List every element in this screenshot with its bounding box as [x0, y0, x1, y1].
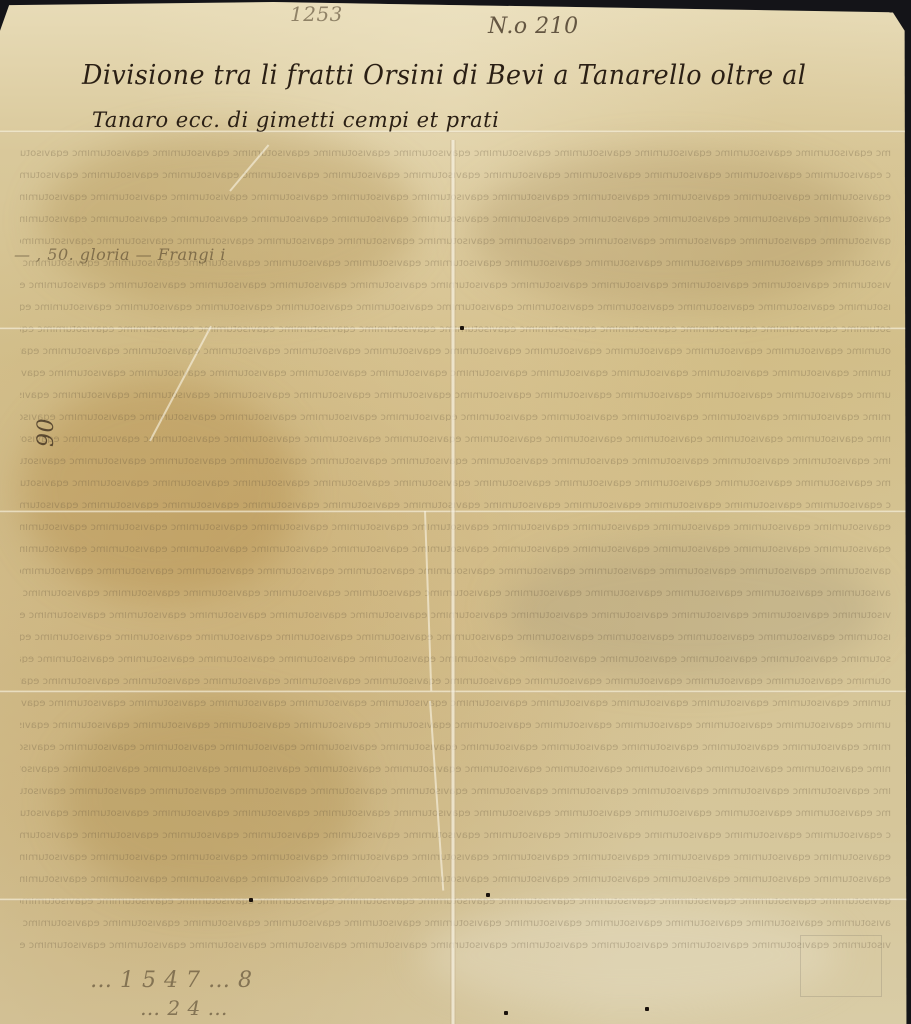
bottom-annotation-1: … 1 5 4 7 … 8 [90, 968, 252, 993]
marginal-note: — , 50. gloria — Frangi i [14, 245, 226, 264]
faint-stamp [800, 935, 882, 997]
heading-line-1: Divisione tra li fratti Orsini di Bevi a… [82, 60, 806, 91]
fold-line-vertical [450, 140, 456, 1024]
crease [424, 511, 432, 691]
item-number: N.o 210 [488, 14, 579, 39]
stain [20, 380, 300, 600]
heading-line-2: Tanaro ecc. di gimetti cempi et prati [92, 108, 499, 132]
crease [429, 701, 444, 891]
stain [420, 900, 840, 1010]
pin-hole [249, 898, 253, 902]
pin-hole [486, 893, 490, 897]
margin-number: 90 [34, 418, 59, 447]
pin-hole [460, 326, 464, 330]
stain [60, 700, 360, 900]
parchment-document: mc eqavisoturnlmc eqavisoturnlmc eqaviso… [0, 0, 911, 1024]
pin-hole [504, 1011, 508, 1015]
archive-number: 1253 [290, 2, 343, 26]
bottom-annotation-2: … 2 4 … [140, 996, 228, 1020]
pin-hole [645, 1007, 649, 1011]
